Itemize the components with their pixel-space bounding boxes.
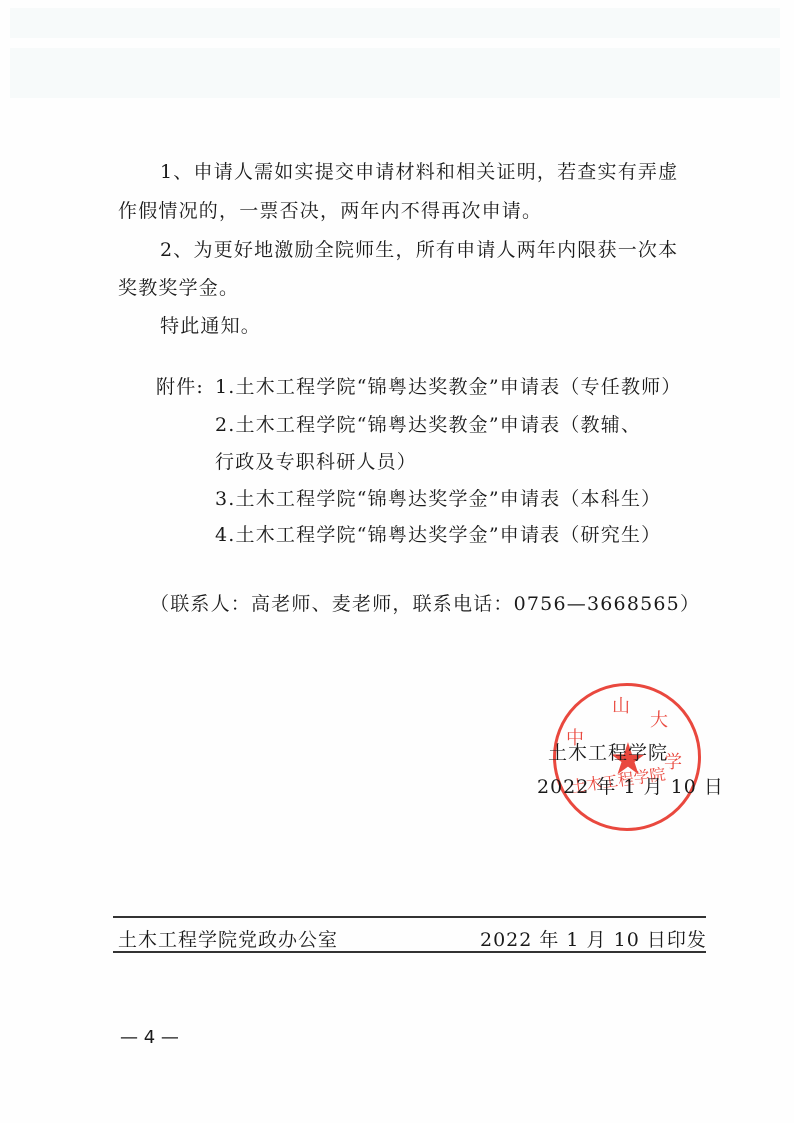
document-page: 1、申请人需如实提交申请材料和相关证明，若查实有弄虚 作假情况的，一票否决，两年… <box>0 0 794 1123</box>
footer-issued-date: 2022 年 1 月 10 日印发 <box>480 928 707 952</box>
closing-text: 特此通知。 <box>160 314 261 338</box>
signature-date: 2022 年 1 月 10 日 <box>537 775 724 799</box>
paragraph-item-1-line-1: 1、申请人需如实提交申请材料和相关证明，若查实有弄虚 <box>160 160 678 184</box>
scan-artifact <box>10 48 780 98</box>
attachment-item-4: 4.土木工程学院“锦粤达奖学金”申请表（研究生） <box>215 523 661 547</box>
scan-artifact <box>10 8 780 38</box>
signature-org: 土木工程学院 <box>548 741 668 765</box>
attachment-item-2: 2.土木工程学院“锦粤达奖教金”申请表（教辅、 <box>215 413 641 437</box>
seal-char: 大 <box>650 712 668 730</box>
paragraph-item-2-line-2: 奖教奖学金。 <box>118 276 239 300</box>
seal-char: 山 <box>612 698 630 716</box>
paragraph-item-2-line-1: 2、为更好地激励全院师生，所有申请人两年内限获一次本 <box>160 238 678 262</box>
paragraph-item-1-line-2: 作假情况的，一票否决，两年内不得再次申请。 <box>118 199 542 223</box>
footer-bottom-rule <box>113 951 706 953</box>
footer-top-rule <box>113 916 706 918</box>
page-number: — 4 — <box>120 1027 179 1049</box>
attachment-item-3: 3.土木工程学院“锦粤达奖学金”申请表（本科生） <box>215 487 661 511</box>
footer-issuer: 土木工程学院党政办公室 <box>118 928 338 952</box>
attachment-item-2-cont: 行政及专职科研人员） <box>215 450 417 474</box>
attachment-item-1: 1.土木工程学院“锦粤达奖教金”申请表（专任教师） <box>215 375 682 399</box>
attachments-label: 附件: <box>156 375 204 399</box>
contact-info: （联系人：高老师、麦老师，联系电话：0756—3668565） <box>150 592 700 616</box>
